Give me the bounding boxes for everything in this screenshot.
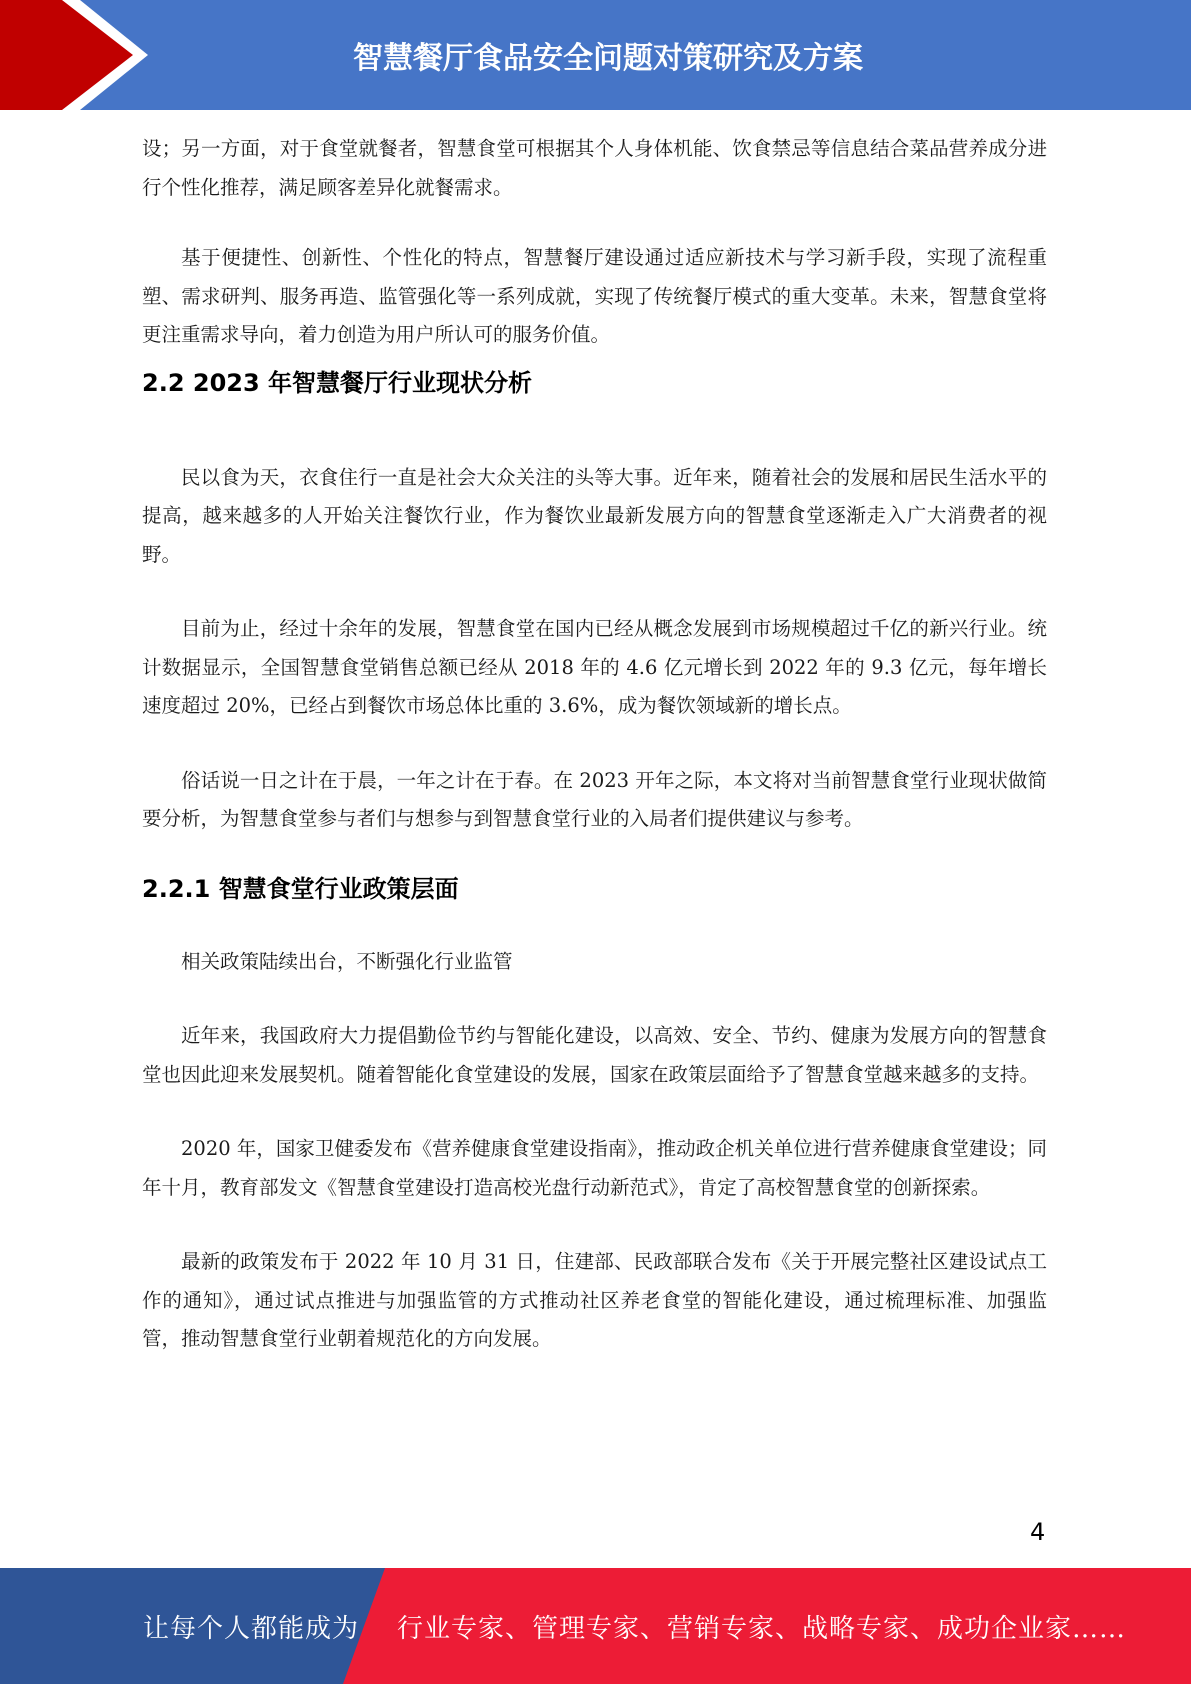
paragraph: 设；另一方面，对于食堂就餐者，智慧食堂可根据其个人身体机能、饮食禁忌等信息结合菜…: [142, 130, 1047, 207]
paragraph: 民以食为天，衣食住行一直是社会大众关注的头等大事。近年来，随着社会的发展和居民生…: [142, 459, 1047, 575]
paragraph: 目前为止，经过十余年的发展，智慧食堂在国内已经从概念发展到市场规模超过千亿的新兴…: [142, 610, 1047, 726]
footer-slogan-right: 行业专家、管理专家、营销专家、战略专家、成功企业家……: [397, 1568, 1126, 1684]
paragraph: 基于便捷性、创新性、个性化的特点，智慧餐厅建设通过适应新技术与学习新手段，实现了…: [142, 239, 1047, 355]
page-footer: 让每个人都能成为 行业专家、管理专家、营销专家、战略专家、成功企业家……: [0, 1568, 1191, 1684]
section-heading-2-2-1: 2.2.1 智慧食堂行业政策层面: [142, 869, 1047, 909]
section-heading-2-2: 2.2 2023 年智慧餐厅行业现状分析: [142, 363, 1047, 403]
document-body: 设；另一方面，对于食堂就餐者，智慧食堂可根据其个人身体机能、饮食禁忌等信息结合菜…: [142, 130, 1047, 1359]
paragraph: 2020 年，国家卫健委发布《营养健康食堂建设指南》，推动政企机关单位进行营养健…: [142, 1130, 1047, 1207]
page-number: 4: [1030, 1518, 1045, 1546]
paragraph: 最新的政策发布于 2022 年 10 月 31 日，住建部、民政部联合发布《关于…: [142, 1243, 1047, 1359]
page-header: 智慧餐厅食品安全问题对策研究及方案: [0, 0, 1191, 110]
paragraph-subtitle: 相关政策陆续出台，不断强化行业监管: [142, 943, 1047, 982]
paragraph: 俗话说一日之计在于晨，一年之计在于春。在 2023 开年之际，本文将对当前智慧食…: [142, 762, 1047, 839]
footer-slogan-left: 让每个人都能成为: [143, 1568, 359, 1684]
paragraph: 近年来，我国政府大力提倡勤俭节约与智能化建设，以高效、安全、节约、健康为发展方向…: [142, 1017, 1047, 1094]
document-title: 智慧餐厅食品安全问题对策研究及方案: [0, 0, 1191, 110]
